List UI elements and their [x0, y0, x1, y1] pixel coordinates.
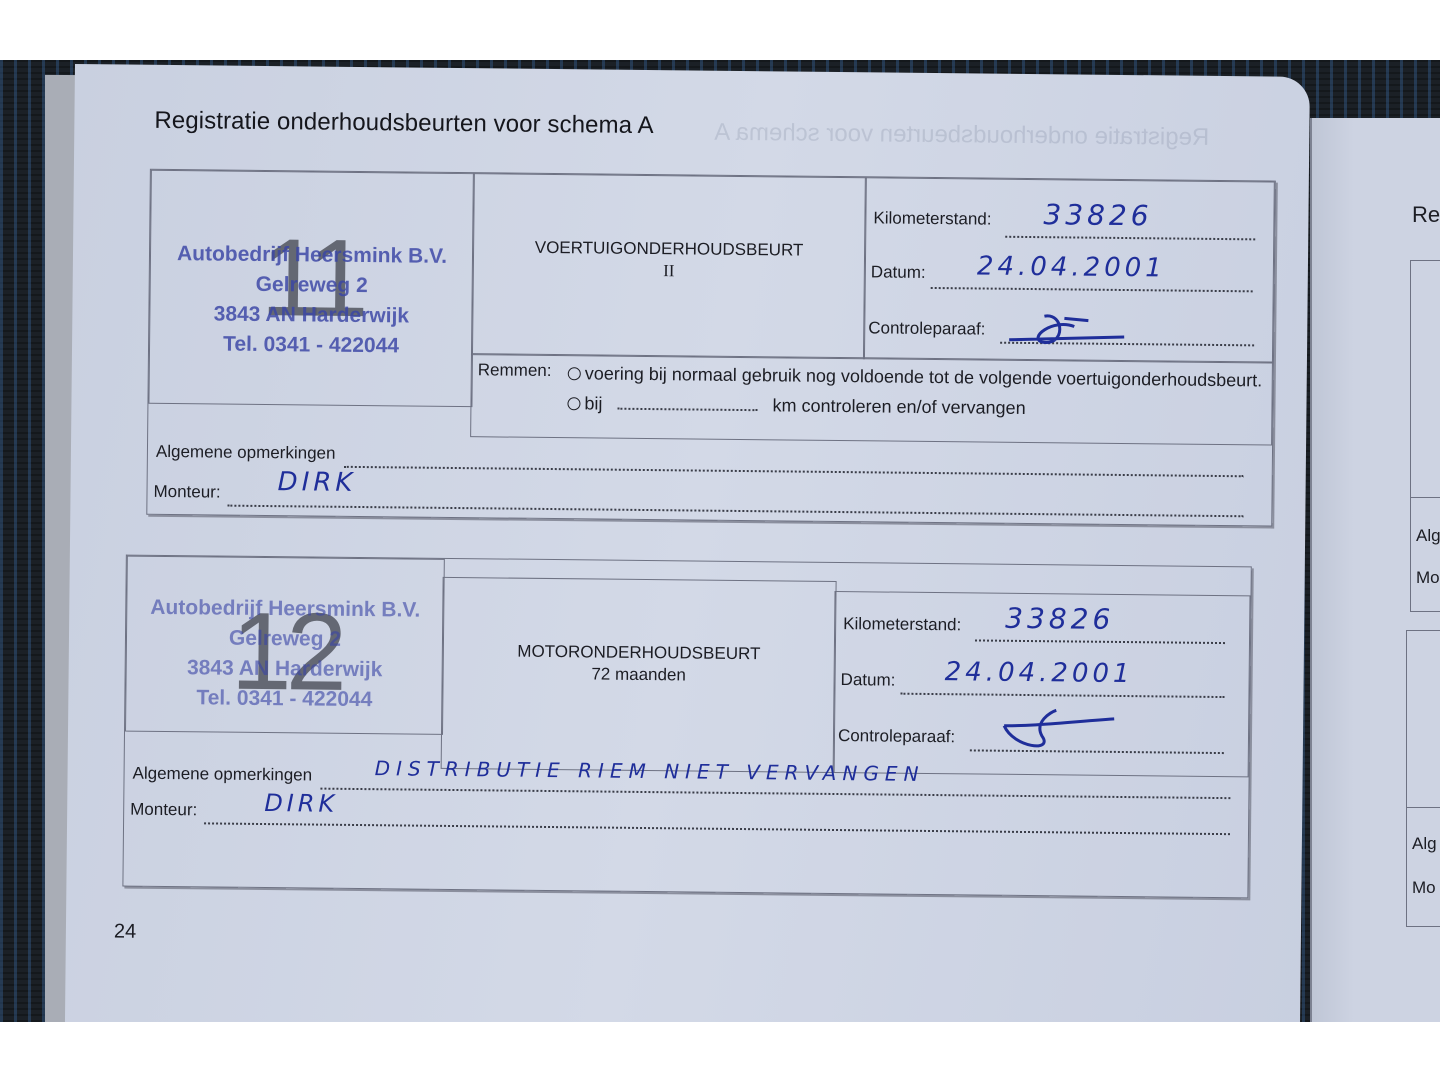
remmen-option-2[interactable]: bij km controleren en/of vervangen	[567, 393, 1025, 419]
remmen-option-1[interactable]: voering bij normaal gebruik nog voldoend…	[568, 363, 1263, 391]
stamp-phone: Tel. 0341 - 422044	[150, 329, 472, 362]
monteur-line[interactable]	[227, 505, 1243, 518]
right-entry-card-1	[1410, 260, 1440, 612]
km-line[interactable]	[617, 408, 757, 411]
monteur-label: Monteur:	[153, 482, 220, 503]
monteur-value: DIRK	[277, 467, 356, 498]
entry-card-11: 11 Autobedrijf Heersmink B.V. Gelreweg 2…	[146, 169, 1276, 527]
kilometerstand-line[interactable]	[975, 639, 1225, 644]
signature-paraaf	[994, 708, 1124, 755]
opmerkingen-label: Algemene opmerkingen	[156, 442, 336, 464]
right-label-mo-2: Mo	[1412, 878, 1436, 898]
opmerkingen-line[interactable]	[320, 788, 1230, 800]
monteur-line[interactable]	[204, 822, 1230, 835]
stamp-company: Autobedrijf Heersmink B.V.	[127, 593, 443, 626]
stamp-street: Gelreweg 2	[151, 269, 473, 302]
stamp-cell: 12 Autobedrijf Heersmink B.V. Gelreweg 2…	[125, 556, 445, 735]
radio-circle-icon[interactable]	[568, 367, 581, 380]
stamp-city: 3843 AN Harderwijk	[127, 653, 443, 686]
radio-circle-icon[interactable]	[567, 397, 580, 410]
signature-paraaf	[1004, 306, 1134, 351]
service-type-cell: VOERTUIGONDERHOUDSBEURT II	[471, 173, 867, 359]
remmen-label: Remmen:	[478, 360, 552, 381]
datum-value: 24.04.2001	[945, 657, 1134, 689]
opmerkingen-label: Algemene opmerkingen	[132, 764, 312, 786]
kilometerstand-label: Kilometerstand:	[843, 614, 961, 635]
kilometerstand-line[interactable]	[1005, 236, 1255, 241]
booklet-page-right: Re Alg Mo Alg Mo	[1310, 118, 1440, 1022]
right-label-alg-2: Alg	[1412, 834, 1437, 854]
datum-value: 24.04.2001	[977, 251, 1166, 283]
controleparaaf-label: Controleparaaf:	[838, 726, 955, 747]
monteur-value: DIRK	[264, 789, 338, 818]
service-type-cell: MOTORONDERHOUDSBEURT 72 maanden	[441, 577, 837, 773]
datum-line[interactable]	[900, 693, 1224, 698]
kilometerstand-value: 33826	[1005, 602, 1114, 636]
right-label-alg-1: Alg	[1416, 526, 1440, 546]
remmen-cell: Remmen: voering bij normaal gebruik nog …	[470, 353, 1273, 445]
kilometerstand-value: 33826	[1043, 198, 1152, 232]
controleparaaf-label: Controleparaaf:	[868, 318, 985, 339]
page-heading: Registratie onderhoudsbeurten voor schem…	[154, 107, 654, 140]
kilometerstand-label: Kilometerstand:	[873, 208, 991, 229]
stamp-cell: 11 Autobedrijf Heersmink B.V. Gelreweg 2…	[148, 170, 474, 407]
booklet-page-left: Registratie onderhoudsbeurten voor schem…	[65, 64, 1310, 1022]
page-number: 24	[114, 920, 136, 943]
datum-label: Datum:	[840, 670, 895, 691]
garage-stamp: Autobedrijf Heersmink B.V. Gelreweg 2 38…	[150, 239, 473, 362]
monteur-label: Monteur:	[130, 800, 197, 821]
stamp-phone: Tel. 0341 - 422044	[126, 683, 442, 716]
service-sub: II	[473, 258, 865, 284]
right-page-heading: Re	[1412, 202, 1440, 228]
opmerkingen-value: DISTRIBUTIE RIEM NIET VERVANGEN	[375, 756, 925, 786]
stamp-street: Gelreweg 2	[127, 623, 443, 656]
service-details-cell: Kilometerstand: 33826 Datum: 24.04.2001 …	[833, 591, 1251, 777]
garage-stamp: Autobedrijf Heersmink B.V. Gelreweg 2 38…	[126, 593, 443, 716]
service-sub: 72 maanden	[443, 662, 835, 688]
photo-background: Registratie onderhoudsbeurten voor schem…	[0, 60, 1440, 1022]
bleed-through-heading: Registratie onderhoudsbeurten voor schem…	[714, 119, 1209, 152]
stamp-city: 3843 AN Harderwijk	[150, 299, 472, 332]
service-details-cell: Kilometerstand: 33826 Datum: 24.04.2001 …	[863, 177, 1275, 363]
datum-label: Datum:	[871, 262, 926, 283]
stamp-company: Autobedrijf Heersmink B.V.	[151, 239, 473, 272]
opmerkingen-line[interactable]	[344, 466, 1244, 477]
right-label-mo-1: Mo	[1416, 568, 1440, 588]
datum-line[interactable]	[931, 287, 1253, 292]
entry-card-12: 12 Autobedrijf Heersmink B.V. Gelreweg 2…	[122, 555, 1251, 899]
